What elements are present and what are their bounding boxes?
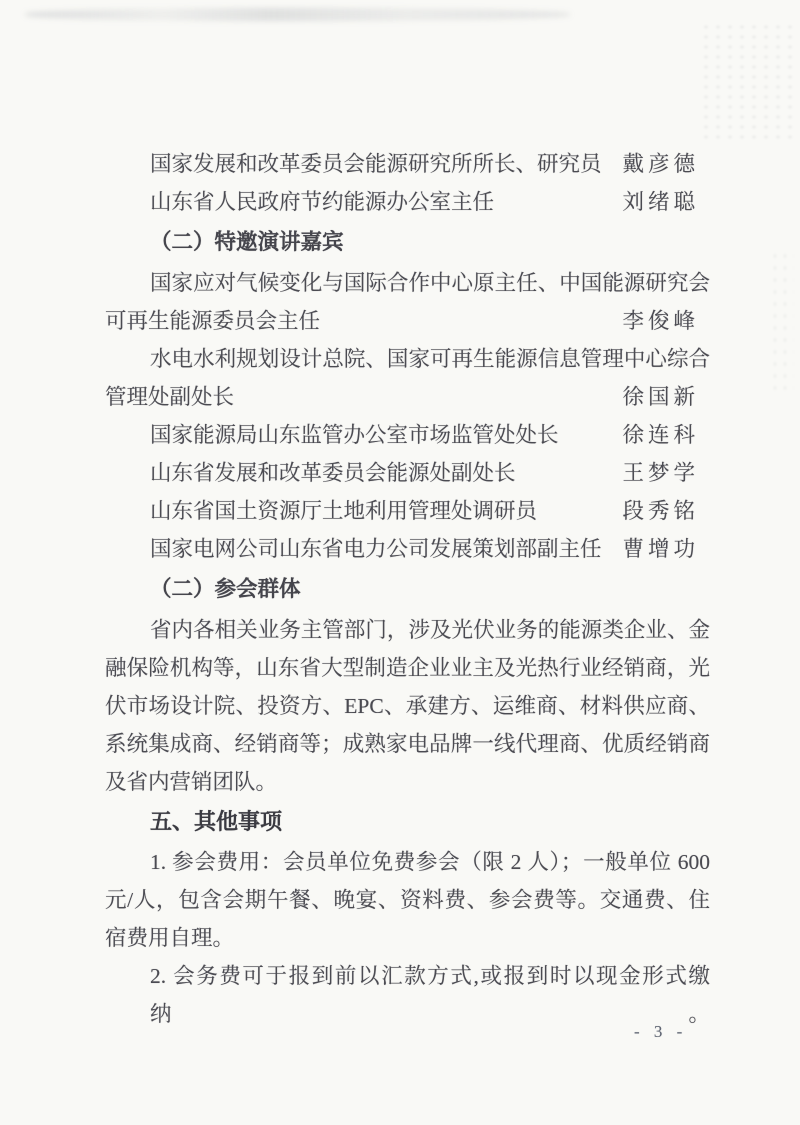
speaker-title-line2: 可再生能源委员会主任 xyxy=(105,302,320,340)
speaker-name: 王梦学 xyxy=(622,454,699,492)
speaker-title: 山东省人民政府节约能源办公室主任 xyxy=(150,183,494,221)
paragraph-line: 1. 参会费用：会员单位免费参会（限 2 人）；一般单位 600 xyxy=(105,843,710,881)
speaker-title: 国家能源局山东监管办公室市场监管处处长 xyxy=(150,416,559,454)
paragraph-line: 2. 会务费可于报到前以汇款方式,或报到时以现金形式缴纳。 xyxy=(105,957,710,995)
section-heading-invited-speakers: （二）特邀演讲嘉宾 xyxy=(105,221,710,264)
speaker-row: 国家发展和改革委员会能源研究所所长、研究员 戴彦德 xyxy=(105,145,710,183)
speaker-row: 可再生能源委员会主任 李俊峰 xyxy=(105,302,710,340)
section-heading-other-matters: 五、其他事项 xyxy=(105,801,710,843)
speaker-title-line2: 管理处副处长 xyxy=(105,378,234,416)
paragraph-line: 宿费用自理。 xyxy=(105,919,710,957)
speaker-row: 国家电网公司山东省电力公司发展策划部副主任 曹增功 xyxy=(105,530,710,568)
paragraph-line: 元/人，包含会期午餐、晚宴、资料费、参会费等。交通费、住 xyxy=(105,881,710,919)
paragraph-line: 伏市场设计院、投资方、EPC、承建方、运维商、材料供应商、 xyxy=(105,687,710,725)
speaker-name: 李俊峰 xyxy=(622,302,699,340)
paragraph-line: 及省内营销团队。 xyxy=(105,763,710,801)
speaker-title-line1: 水电水利规划设计总院、国家可再生能源信息管理中心综合 xyxy=(105,340,710,378)
speaker-title: 国家电网公司山东省电力公司发展策划部副主任 xyxy=(150,530,602,568)
paragraph-line: 系统集成商、经销商等；成熟家电品牌一线代理商、优质经销商 xyxy=(105,725,710,763)
speaker-name: 段秀铭 xyxy=(622,492,699,530)
speaker-name: 戴彦德 xyxy=(622,145,699,183)
speaker-name: 徐连科 xyxy=(622,416,699,454)
section-heading-attendee-groups: （二）参会群体 xyxy=(105,568,710,611)
scan-artifact-edge-noise xyxy=(770,250,794,390)
speaker-row: 山东省国土资源厅土地利用管理处调研员 段秀铭 xyxy=(105,492,710,530)
paragraph-line: 省内各相关业务主管部门，涉及光伏业务的能源类企业、金 xyxy=(105,611,710,649)
scan-artifact-corner-noise xyxy=(700,22,795,142)
scanned-document-page: 国家发展和改革委员会能源研究所所长、研究员 戴彦德 山东省人民政府节约能源办公室… xyxy=(0,0,800,1125)
speaker-row: 山东省人民政府节约能源办公室主任 刘绪聪 xyxy=(105,183,710,221)
speaker-name: 曹增功 xyxy=(622,530,699,568)
speaker-name: 徐国新 xyxy=(622,378,699,416)
speaker-title: 山东省发展和改革委员会能源处副处长 xyxy=(150,454,516,492)
speaker-row: 管理处副处长 徐国新 xyxy=(105,378,710,416)
scan-artifact-top-smudge xyxy=(25,8,570,21)
speaker-title-line1: 国家应对气候变化与国际合作中心原主任、中国能源研究会 xyxy=(105,264,710,302)
speaker-row: 山东省发展和改革委员会能源处副处长 王梦学 xyxy=(105,454,710,492)
page-number: - 3 - xyxy=(634,1022,687,1042)
speaker-title: 国家发展和改革委员会能源研究所所长、研究员 xyxy=(150,145,602,183)
paragraph-line: 融保险机构等，山东省大型制造企业业主及光热行业经销商，光 xyxy=(105,649,710,687)
speaker-title: 山东省国土资源厅土地利用管理处调研员 xyxy=(150,492,537,530)
document-body: 国家发展和改革委员会能源研究所所长、研究员 戴彦德 山东省人民政府节约能源办公室… xyxy=(105,145,710,995)
speaker-name: 刘绪聪 xyxy=(622,183,699,221)
speaker-row: 国家能源局山东监管办公室市场监管处处长 徐连科 xyxy=(105,416,710,454)
